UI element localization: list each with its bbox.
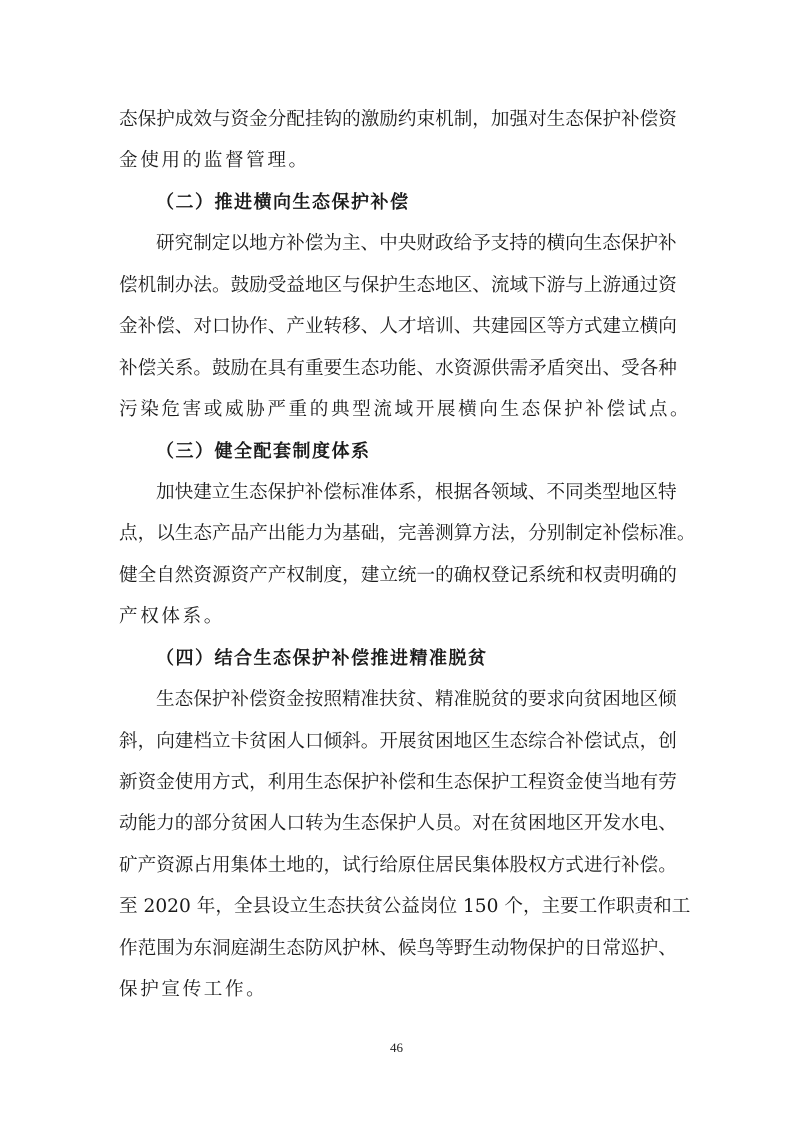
paragraph-line: 健全自然资源资产产权制度，建立统一的确权登记系统和权责明确的 <box>119 555 675 596</box>
paragraph-line: 动能力的部分贫困人口转为生态保护人员。对在贫困地区开发水电、 <box>119 803 675 844</box>
paragraph-line: 斜，向建档立卡贫困人口倾斜。开展贫困地区生态综合补偿试点，创 <box>119 721 675 762</box>
paragraph-line: 加快建立生态保护补偿标准体系，根据各领域、不同类型地区特 <box>119 472 675 513</box>
paragraph-line: 金补偿、对口协作、产业转移、人才培训、共建园区等方式建立横向 <box>119 306 675 347</box>
paragraph-line: 污染危害或威胁严重的典型流域开展横向生态保护补偿试点。 <box>119 389 675 430</box>
section-heading: （四）结合生态保护补偿推进精准脱贫 <box>119 638 675 679</box>
paragraph-line: 新资金使用方式，利用生态保护补偿和生态保护工程资金使当地有劳 <box>119 762 675 803</box>
paragraph-line: 研究制定以地方补偿为主、中央财政给予支持的横向生态保护补 <box>119 223 675 264</box>
section-heading: （三）健全配套制度体系 <box>119 431 675 472</box>
paragraph-line: 保护宣传工作。 <box>119 969 675 1010</box>
document-body: 态保护成效与资金分配挂钩的激励约束机制，加强对生态保护补偿资 金使用的监督管理。… <box>119 99 675 1011</box>
paragraph-line: 态保护成效与资金分配挂钩的激励约束机制，加强对生态保护补偿资 <box>119 99 675 140</box>
page-number: 46 <box>0 1040 793 1056</box>
document-page: 态保护成效与资金分配挂钩的激励约束机制，加强对生态保护补偿资 金使用的监督管理。… <box>0 0 793 1122</box>
paragraph-line: 金使用的监督管理。 <box>119 140 675 181</box>
paragraph-line: 生态保护补偿资金按照精准扶贫、精准脱贫的要求向贫困地区倾 <box>119 679 675 720</box>
paragraph-line: 偿机制办法。鼓励受益地区与保护生态地区、流域下游与上游通过资 <box>119 265 675 306</box>
paragraph-line: 作范围为东洞庭湖生态防风护林、候鸟等野生动物保护的日常巡护、 <box>119 928 675 969</box>
paragraph-line: 矿产资源占用集体土地的，试行给原住居民集体股权方式进行补偿。 <box>119 845 675 886</box>
paragraph-line: 至 2020 年，全县设立生态扶贫公益岗位 150 个，主要工作职责和工 <box>119 886 675 927</box>
section-heading: （二）推进横向生态保护补偿 <box>119 182 675 223</box>
paragraph-line: 点，以生态产品产出能力为基础，完善测算方法，分别制定补偿标准。 <box>119 513 675 554</box>
paragraph-line: 补偿关系。鼓励在具有重要生态功能、水资源供需矛盾突出、受各种 <box>119 348 675 389</box>
paragraph-line: 产权体系。 <box>119 596 675 637</box>
